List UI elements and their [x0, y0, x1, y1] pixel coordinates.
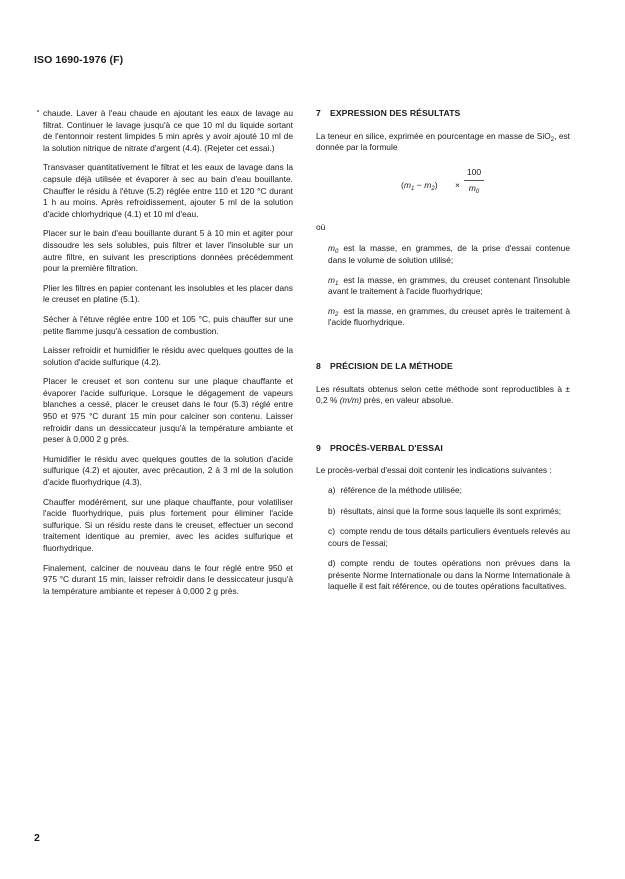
list-marker: d) [328, 558, 335, 568]
scan-artifact-dot [37, 110, 39, 112]
section-7-heading: 7EXPRESSION DES RÉSULTATS [316, 108, 570, 120]
intro-text: La teneur en silice, exprimée en pourcen… [316, 131, 551, 141]
paragraph: Chauffer modérément, sur une plaque chau… [43, 497, 293, 555]
list-marker: a) [328, 485, 335, 495]
section-9-intro: Le procès-verbal d'essai doit contenir l… [316, 465, 570, 477]
paragraph: Placer le creuset et son contenu sur une… [43, 376, 293, 446]
variable-definitions: m0est la masse, en grammes, de la prise … [316, 243, 570, 329]
symbol: m1 [328, 275, 338, 285]
paren-close: ) [435, 180, 438, 190]
symbol-m: m [469, 183, 476, 193]
section-number: 8 [316, 361, 330, 373]
list-item: a)référence de la méthode utilisée; [328, 485, 570, 497]
paragraph: Laisser refroidir et humidifier le résid… [43, 345, 293, 368]
subscript: 0 [476, 189, 479, 195]
minus-sign: − [414, 180, 424, 190]
paragraph: Transvaser quantitativement le filtrat e… [43, 162, 293, 220]
definition-m0: m0est la masse, en grammes, de la prise … [328, 243, 570, 266]
list-marker: c) [328, 526, 335, 536]
paragraph: Humidifier le résidu avec quelques goutt… [43, 454, 293, 489]
spacer [316, 415, 570, 443]
left-column: chaude. Laver à l'eau chaude en ajoutant… [43, 108, 293, 605]
section-title: PRÉCISION DE LA MÉTHODE [330, 361, 453, 371]
where-label: où [316, 222, 570, 234]
list-item: b)résultats, ainsi que la forme sous laq… [328, 506, 570, 518]
document-header: ISO 1690-1976 (F) [34, 54, 123, 66]
section-title: EXPRESSION DES RÉSULTATS [330, 108, 460, 118]
section-number: 7 [316, 108, 330, 120]
section-9-heading: 9PROCÈS-VERBAL D'ESSAI [316, 443, 570, 455]
paragraph: Finalement, calciner de nouveau dans le … [43, 563, 293, 598]
definition-m2: m2est la masse, en grammes, du creuset a… [328, 306, 570, 329]
section-7-intro: La teneur en silice, exprimée en pourcen… [316, 131, 570, 154]
list-item-text: résultats, ainsi que la forme sous laque… [340, 506, 561, 516]
section-8-text: Les résultats obtenus selon cette méthod… [316, 384, 570, 407]
symbol-m: m [404, 180, 411, 190]
result-formula: (m1 − m2) × 100 m0 [316, 164, 570, 208]
fraction-denominator: m0 [464, 181, 484, 195]
definition-m1: m1est la masse, en grammes, du creuset c… [328, 275, 570, 298]
definition-text: est la masse, en grammes, du creuset con… [328, 275, 570, 297]
fraction-numerator: 100 [464, 167, 484, 182]
section-title: PROCÈS-VERBAL D'ESSAI [330, 443, 443, 453]
section-8-heading: 8PRÉCISION DE LA MÉTHODE [316, 361, 570, 373]
list-marker: b) [328, 506, 335, 516]
right-column: 7EXPRESSION DES RÉSULTATS La teneur en s… [316, 108, 570, 602]
list-item-text: compte rendu de tous détails particulier… [328, 526, 570, 548]
list-item: d)compte rendu de toutes opérations non … [328, 558, 570, 593]
times-sign: × [455, 180, 460, 192]
paragraph: chaude. Laver à l'eau chaude en ajoutant… [43, 108, 293, 154]
paragraph: Sécher à l'étuve réglée entre 100 et 105… [43, 314, 293, 337]
list-item: c)compte rendu de tous détails particuli… [328, 526, 570, 549]
symbol: m0 [328, 243, 338, 253]
italic-text: (m/m) [340, 395, 362, 405]
paragraph: Placer sur le bain d'eau bouillante dura… [43, 228, 293, 274]
symbol: m2 [328, 306, 338, 316]
formula-numerator-expression: (m1 − m2) [401, 180, 438, 192]
report-items-list: a)référence de la méthode utilisée; b)ré… [316, 485, 570, 593]
definition-text: est la masse, en grammes, de la prise d'… [328, 243, 570, 265]
definition-text: est la masse, en grammes, du creuset apr… [328, 306, 570, 328]
page-number: 2 [34, 832, 40, 844]
text: près, en valeur absolue. [362, 395, 454, 405]
paragraph: Plier les filtres en papier contenant le… [43, 283, 293, 306]
list-item-text: référence de la méthode utilisée; [340, 485, 462, 495]
list-item-text: compte rendu de toutes opérations non pr… [328, 558, 570, 591]
fraction: 100 m0 [464, 167, 484, 195]
spacer [316, 337, 570, 361]
section-number: 9 [316, 443, 330, 455]
